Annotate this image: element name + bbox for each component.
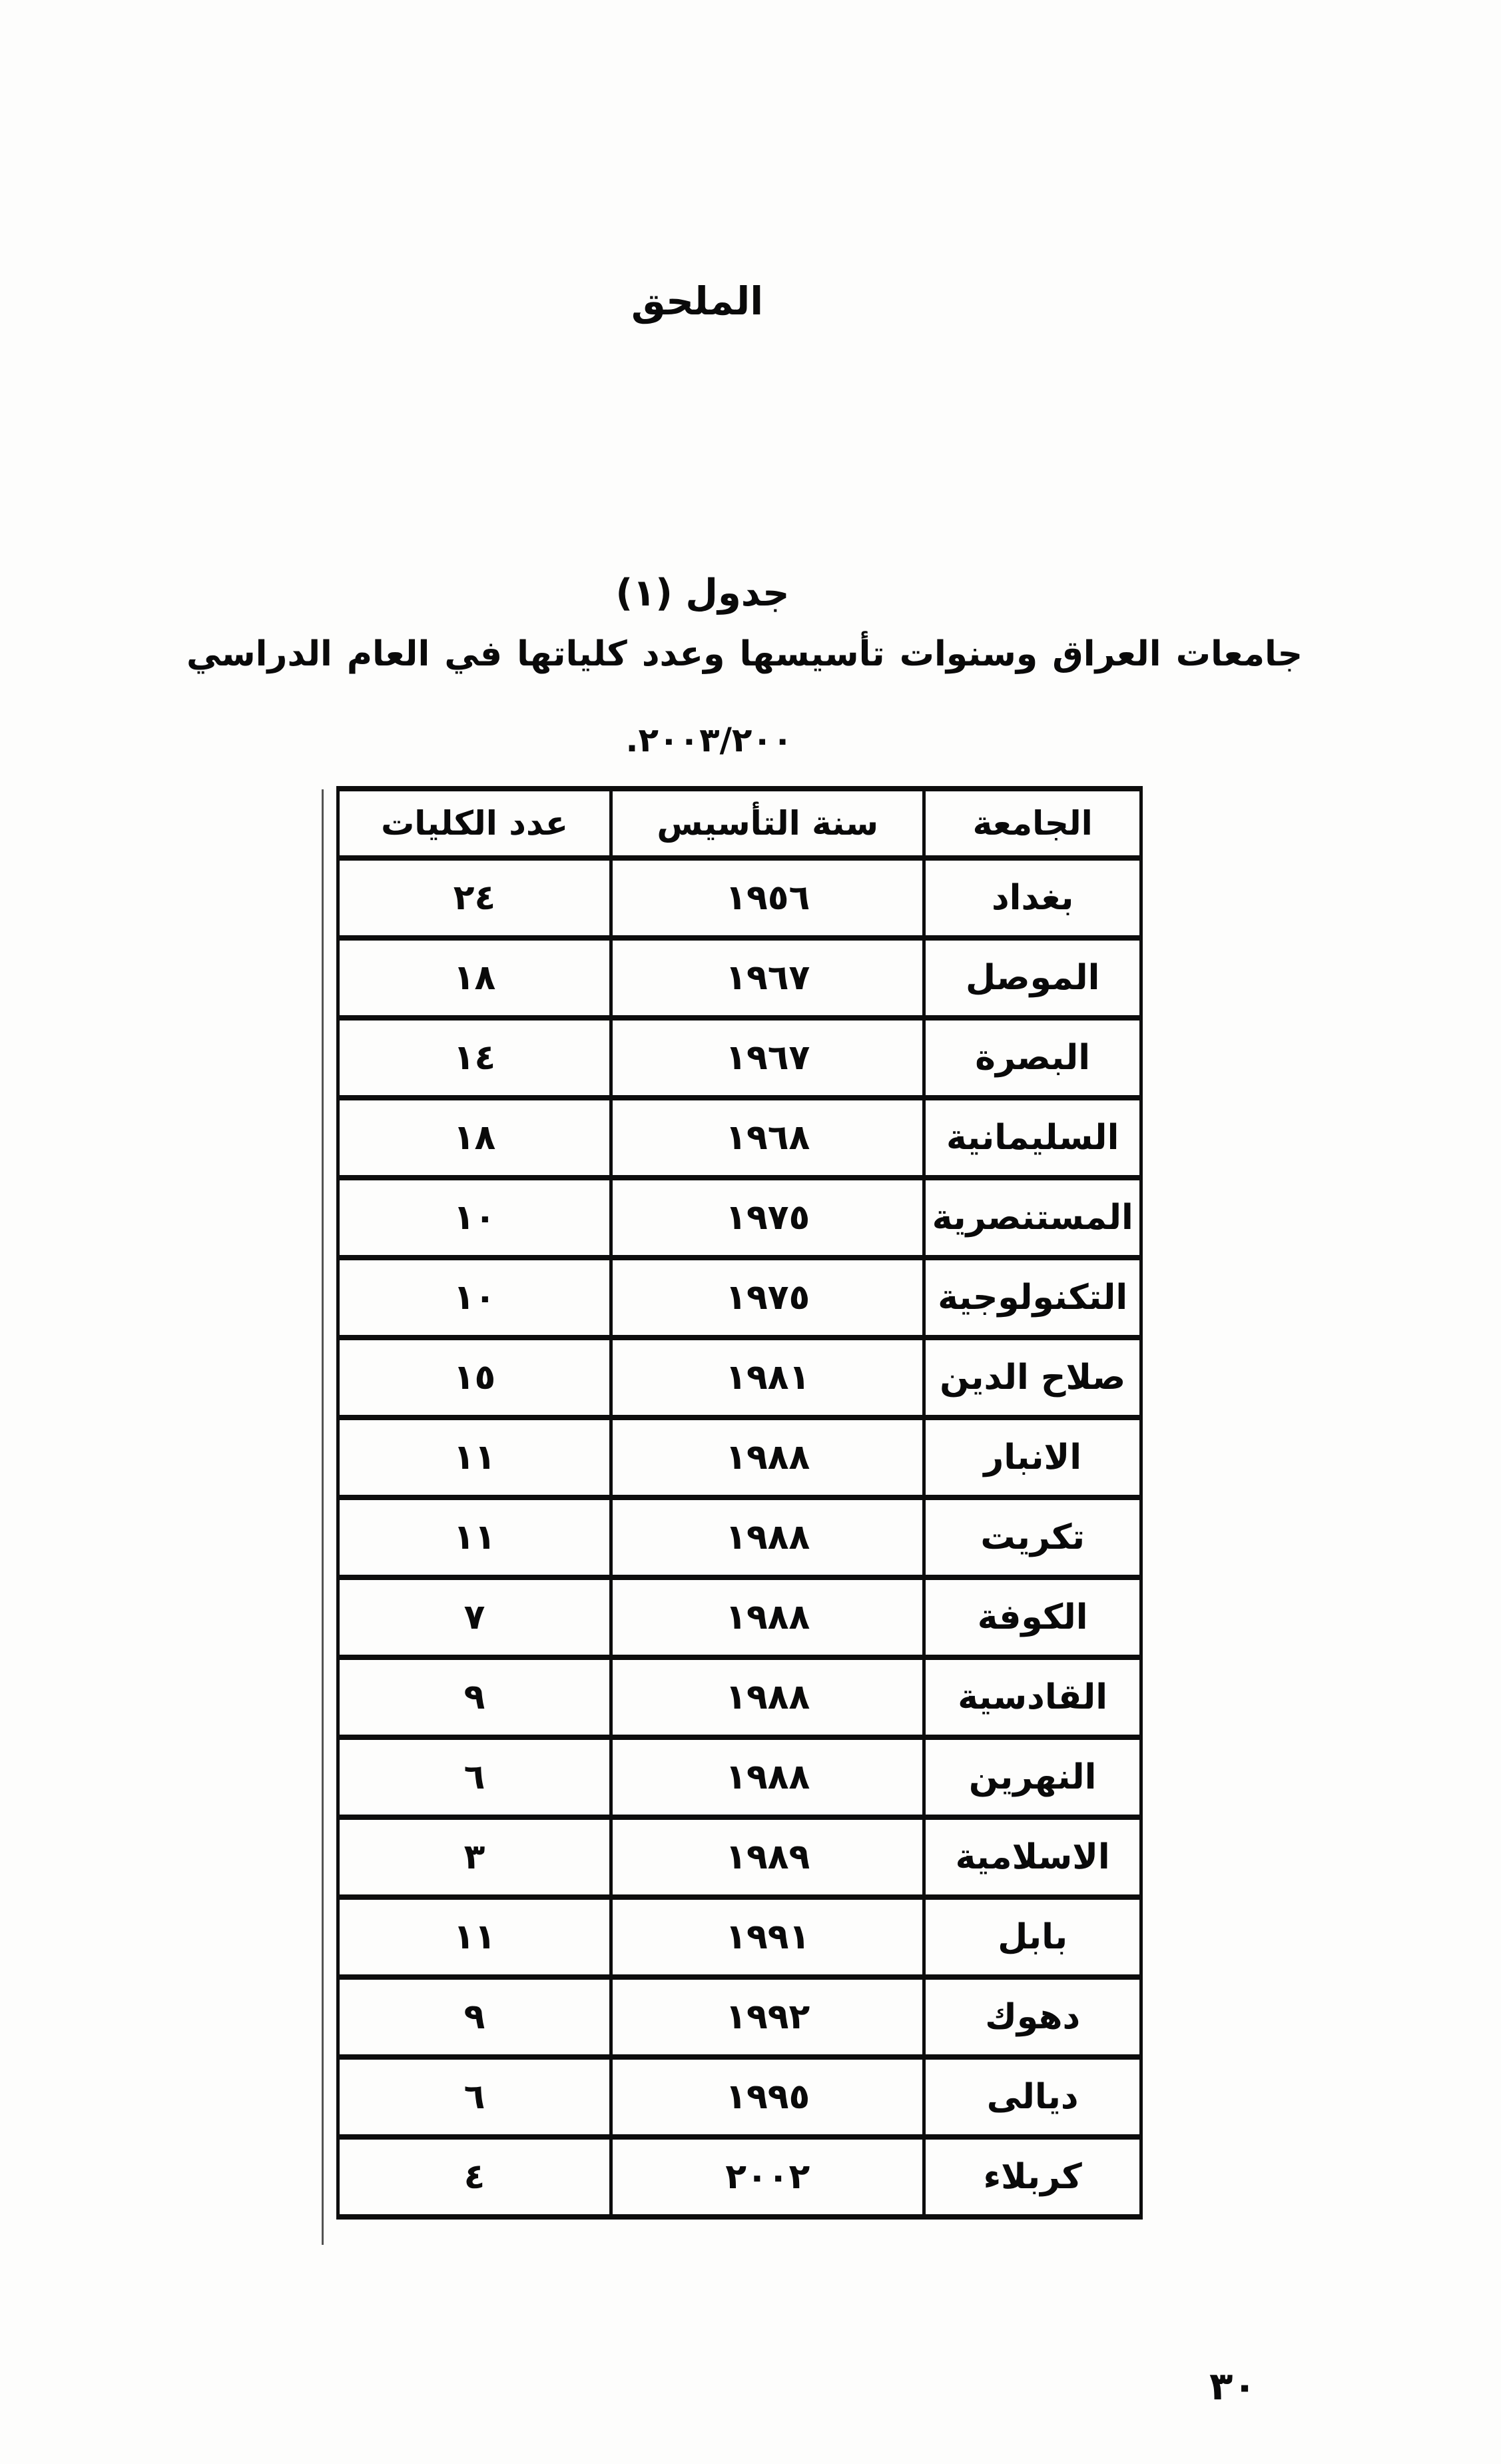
academic-year-line: ٢٠٠٣/٢٠٠. [626, 721, 793, 759]
founding-year-cell: ١٩٧٥ [611, 1258, 924, 1338]
founding-year-cell: ١٩٨٨ [611, 1497, 924, 1577]
university-name-cell: الموصل [924, 938, 1141, 1018]
colleges-count-cell: ١٠ [338, 1258, 611, 1338]
appendix-title: الملحق [631, 278, 763, 324]
university-name-cell: التكنولوجية [924, 1258, 1141, 1338]
colleges-count-cell: ١٨ [338, 1098, 611, 1178]
university-name-cell: البصرة [924, 1018, 1141, 1098]
university-name-cell: الكوفة [924, 1577, 1141, 1657]
university-name-cell: تكريت [924, 1497, 1141, 1577]
table-row: تكريت ١٩٨٨ ١١ [338, 1497, 1141, 1577]
university-name-cell: ديالى [924, 2057, 1141, 2137]
table-row: بغداد ١٩٥٦ ٢٤ [338, 858, 1141, 938]
colleges-count-cell: ٢٤ [338, 858, 611, 938]
university-name-cell: كربلاء [924, 2137, 1141, 2217]
university-name-cell: صلاح الدين [924, 1338, 1141, 1418]
founding-year-cell: ١٩٦٧ [611, 1018, 924, 1098]
university-name-cell: دهوك [924, 1977, 1141, 2057]
colleges-count-cell: ٩ [338, 1977, 611, 2057]
colleges-count-cell: ٣ [338, 1817, 611, 1897]
universities-table: الجامعة سنة التأسيس عدد الكليات بغداد ١٩… [336, 786, 1143, 2220]
table-row: التكنولوجية ١٩٧٥ ١٠ [338, 1258, 1141, 1338]
table-row: المستنصرية ١٩٧٥ ١٠ [338, 1178, 1141, 1258]
colleges-count-cell: ١٨ [338, 938, 611, 1018]
table-row: الاسلامية ١٩٨٩ ٣ [338, 1817, 1141, 1897]
founding-year-cell: ١٩٦٨ [611, 1098, 924, 1178]
table-row: دهوك ١٩٩٢ ٩ [338, 1977, 1141, 2057]
founding-year-cell: ١٩٨٩ [611, 1817, 924, 1897]
university-name-cell: السليمانية [924, 1098, 1141, 1178]
table-row: ديالى ١٩٩٥ ٦ [338, 2057, 1141, 2137]
colleges-count-cell: ٦ [338, 2057, 611, 2137]
page-number: ٣٠ [1209, 2363, 1257, 2409]
column-header-university: الجامعة [924, 789, 1141, 858]
founding-year-cell: ١٩٩١ [611, 1897, 924, 1977]
table-left-double-rule [322, 789, 324, 2245]
colleges-count-cell: ٧ [338, 1577, 611, 1657]
university-name-cell: المستنصرية [924, 1178, 1141, 1258]
founding-year-cell: ١٩٩٢ [611, 1977, 924, 2057]
column-header-founding-year: سنة التأسيس [611, 789, 924, 858]
table-row: صلاح الدين ١٩٨١ ١٥ [338, 1338, 1141, 1418]
university-name-cell: النهرين [924, 1737, 1141, 1817]
university-name-cell: الانبار [924, 1418, 1141, 1497]
document-page: الملحق جدول (١) جامعات العراق وسنوات تأس… [0, 0, 1501, 2464]
table-row: السليمانية ١٩٦٨ ١٨ [338, 1098, 1141, 1178]
founding-year-cell: ١٩٨٨ [611, 1737, 924, 1817]
table-row: الانبار ١٩٨٨ ١١ [338, 1418, 1141, 1497]
colleges-count-cell: ١١ [338, 1897, 611, 1977]
founding-year-cell: ١٩٨١ [611, 1338, 924, 1418]
founding-year-cell: ١٩٨٨ [611, 1418, 924, 1497]
university-name-cell: القادسية [924, 1657, 1141, 1737]
column-header-colleges-count: عدد الكليات [338, 789, 611, 858]
colleges-count-cell: ٦ [338, 1737, 611, 1817]
founding-year-cell: ١٩٧٥ [611, 1178, 924, 1258]
colleges-count-cell: ٤ [338, 2137, 611, 2217]
table-row: كربلاء ٢٠٠٢ ٤ [338, 2137, 1141, 2217]
university-name-cell: الاسلامية [924, 1817, 1141, 1897]
table-subtitle: جامعات العراق وسنوات تأسيسها وعدد كلياته… [186, 634, 1303, 674]
colleges-count-cell: ١٠ [338, 1178, 611, 1258]
founding-year-cell: ١٩٩٥ [611, 2057, 924, 2137]
table-row: القادسية ١٩٨٨ ٩ [338, 1657, 1141, 1737]
founding-year-cell: ٢٠٠٢ [611, 2137, 924, 2217]
university-name-cell: بابل [924, 1897, 1141, 1977]
colleges-count-cell: ١١ [338, 1418, 611, 1497]
founding-year-cell: ١٩٨٨ [611, 1577, 924, 1657]
colleges-count-cell: ١٥ [338, 1338, 611, 1418]
founding-year-cell: ١٩٥٦ [611, 858, 924, 938]
table-row: الكوفة ١٩٨٨ ٧ [338, 1577, 1141, 1657]
colleges-count-cell: ١١ [338, 1497, 611, 1577]
colleges-count-cell: ٩ [338, 1657, 611, 1737]
table-header-row: الجامعة سنة التأسيس عدد الكليات [338, 789, 1141, 858]
table-row: الموصل ١٩٦٧ ١٨ [338, 938, 1141, 1018]
table-caption: جدول (١) [616, 572, 790, 615]
university-name-cell: بغداد [924, 858, 1141, 938]
founding-year-cell: ١٩٦٧ [611, 938, 924, 1018]
table-row: بابل ١٩٩١ ١١ [338, 1897, 1141, 1977]
founding-year-cell: ١٩٨٨ [611, 1657, 924, 1737]
colleges-count-cell: ١٤ [338, 1018, 611, 1098]
table-row: البصرة ١٩٦٧ ١٤ [338, 1018, 1141, 1098]
table-row: النهرين ١٩٨٨ ٦ [338, 1737, 1141, 1817]
